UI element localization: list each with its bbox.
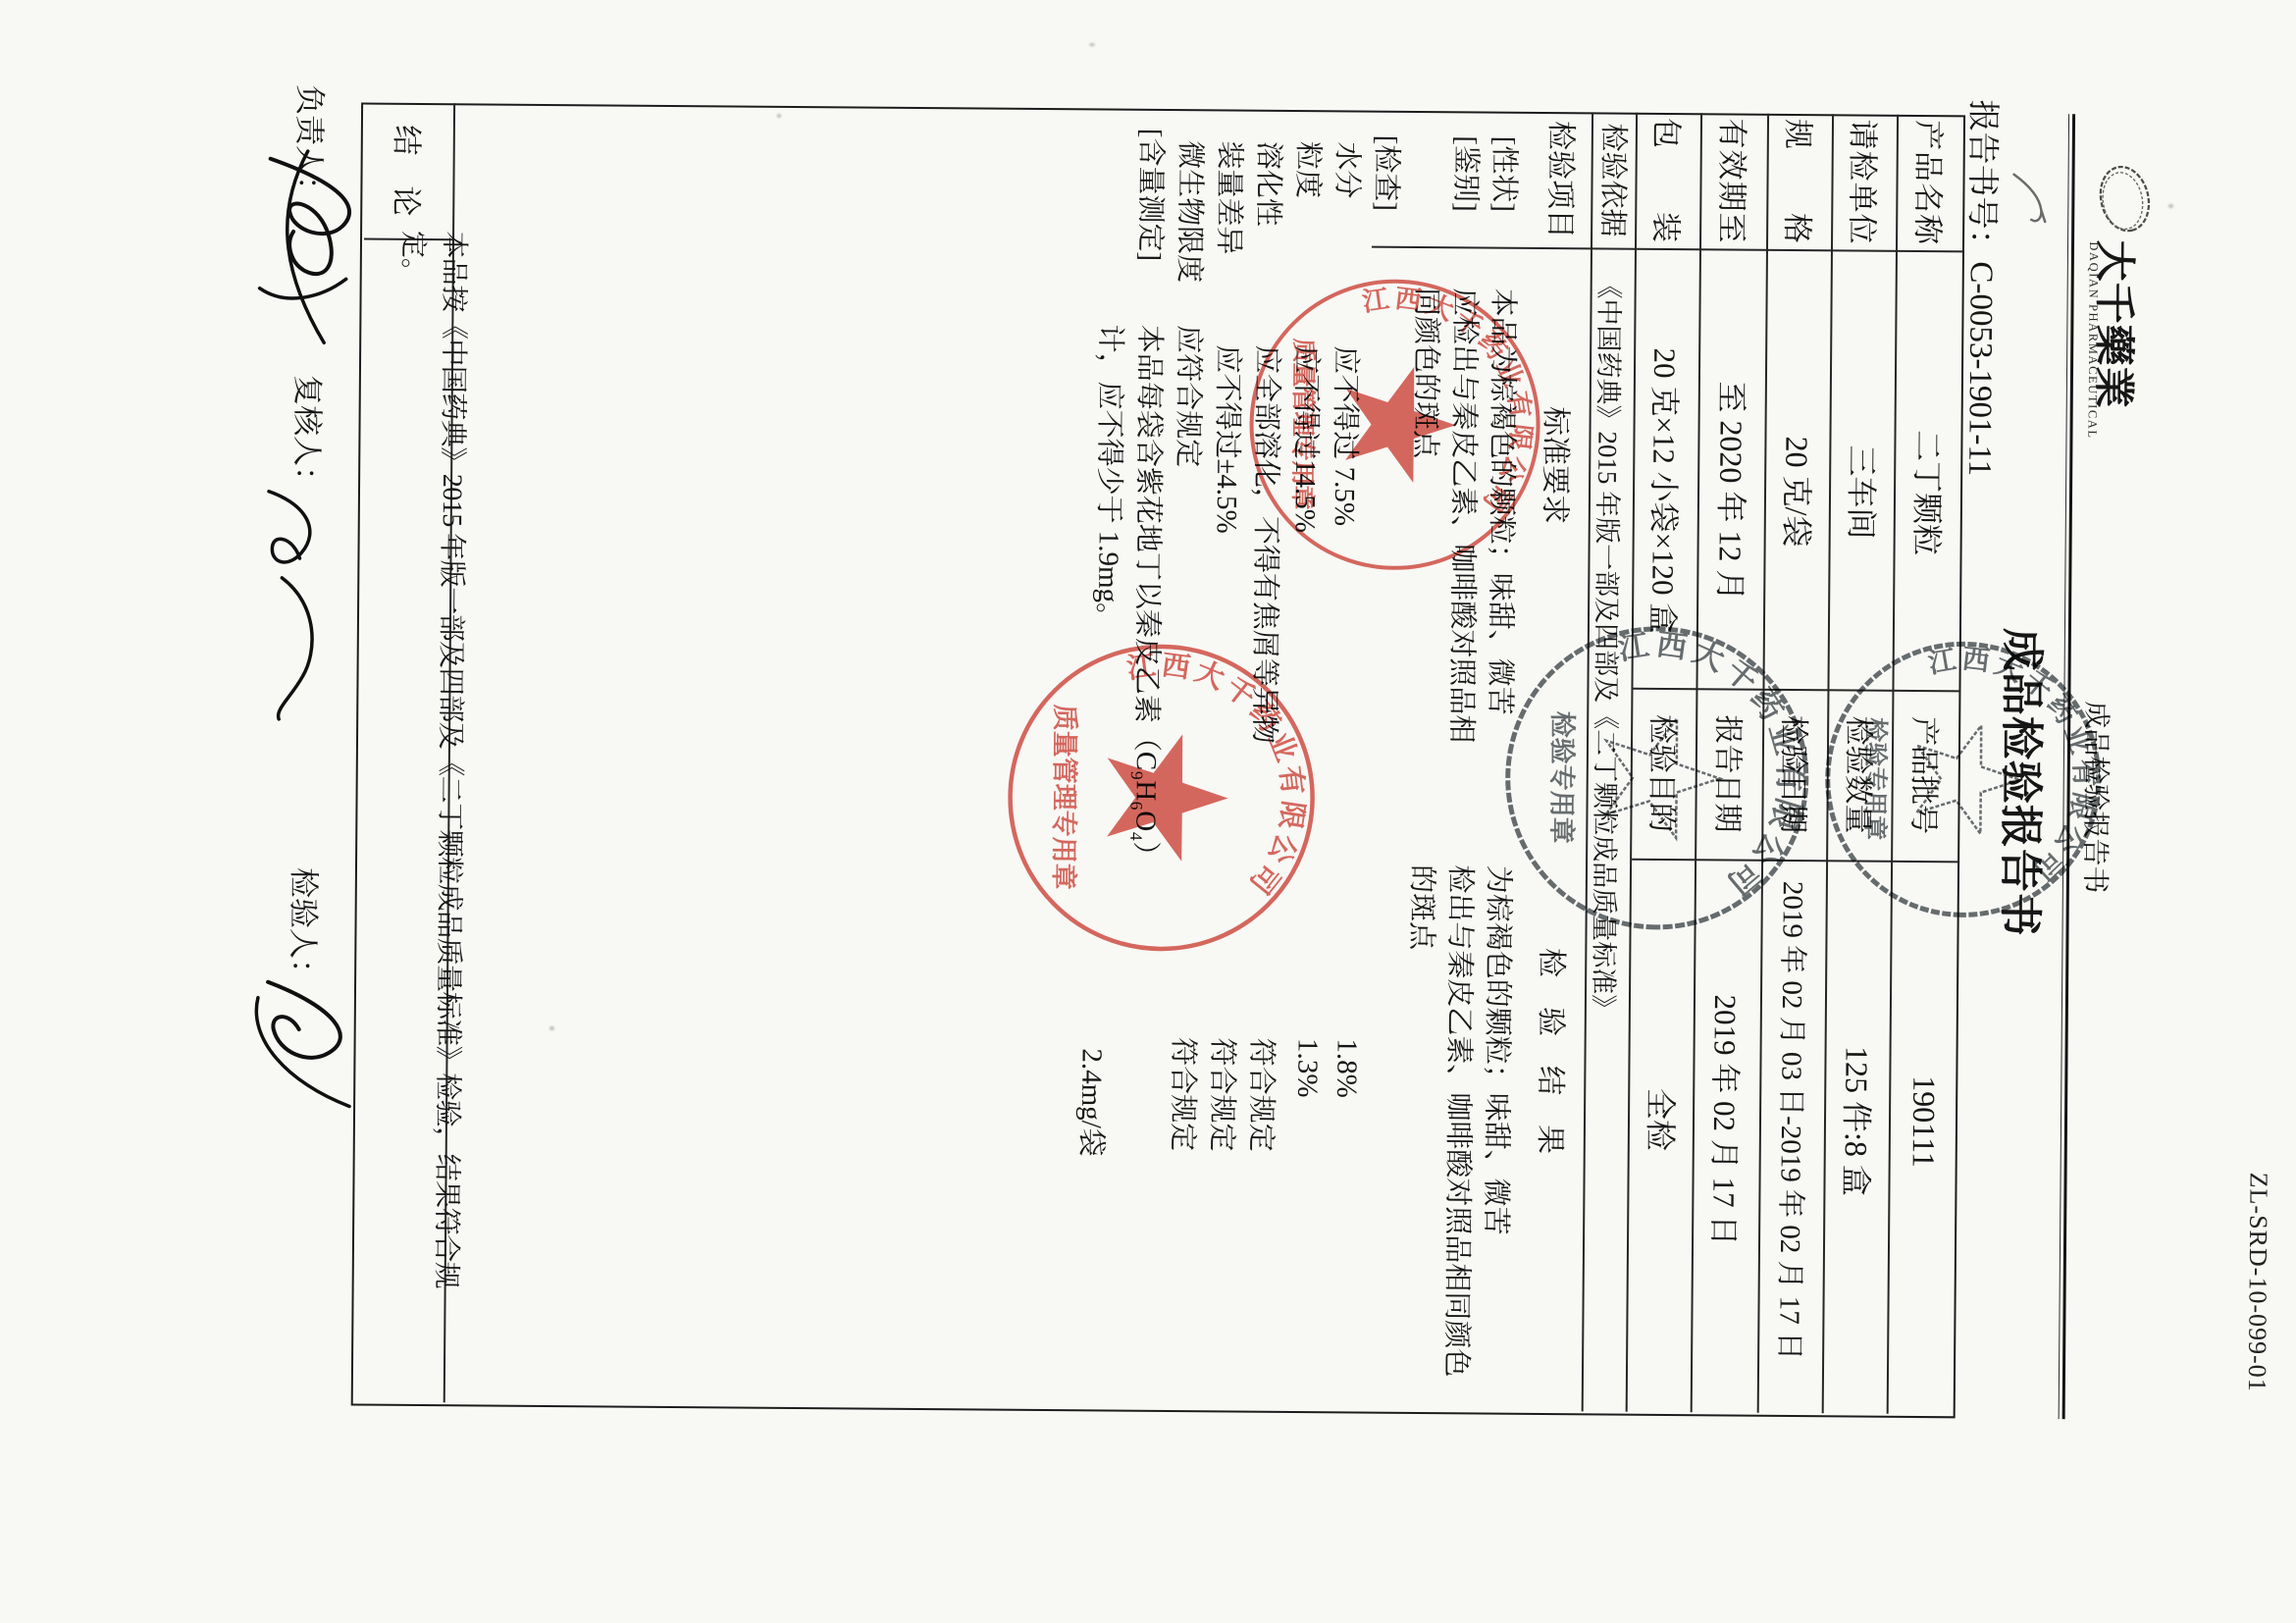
pen-squiggle xyxy=(2008,171,2047,230)
report-number-label: 报告书号： xyxy=(1963,99,2000,261)
item-label: 微生物限度 xyxy=(1172,140,1213,283)
conclusion-label: 结 论 xyxy=(379,103,441,238)
conclusion-text-line2: 定。 xyxy=(395,231,435,286)
item-label: 水分 xyxy=(1329,141,1369,198)
field-value: 全检 xyxy=(1628,864,1696,1376)
black-stamp-bottom-text: 检验专用章 xyxy=(1546,711,1578,844)
item-result: 1.8% xyxy=(1330,1038,1362,1098)
item-label: [含量测定] xyxy=(1132,129,1174,262)
field-label: 产品名称 xyxy=(1898,115,1965,251)
company-brand-en: DAQIAN PHARMACEUTICAL xyxy=(2084,241,2101,439)
red-stamp-bottom-text: 质量管理专用章 xyxy=(1049,705,1080,890)
black-inspection-stamp: 江西大千药业有限公司 检验专用章 xyxy=(1499,620,1816,937)
black-stamp-bottom-text: 检验专用章 xyxy=(1860,717,1890,840)
field-value: 2019 年 02 月 03 日-2019 年 02 月 17 日 xyxy=(1759,865,1828,1377)
item-label: 装量差异 xyxy=(1211,140,1252,254)
svg-text:江西大千药业有限公司: 江西大千药业有限公司 xyxy=(1924,643,2102,889)
item-result: 符合规定 xyxy=(1165,1037,1206,1151)
item-standard-cont: 计，应不得少于 1.9mg。 xyxy=(1090,324,1132,631)
document: ZL-SRD-10-099-01 大千藥業 DAQIAN PHARMACEUTI… xyxy=(0,0,2296,1623)
signature-reviewer xyxy=(249,480,330,726)
field-label: 有效期至 xyxy=(1701,113,1769,249)
field-value: 190111 xyxy=(1889,866,1959,1378)
signature-responsible xyxy=(237,141,377,353)
conclusion-text-line1: 本品按《中国药典》2015 年版一部及四部及《二丁颗粒成品质量标准》检验，结果符… xyxy=(429,231,476,1288)
field-label: 包 装 xyxy=(1637,113,1702,249)
red-stamp-bottom-text: 质量管理专用章 xyxy=(1288,338,1318,509)
report-number-value: C-0053-1901-11 xyxy=(1961,261,1999,476)
svg-text:江西大千药业有限公司: 江西大千药业有限公司 xyxy=(1614,627,1807,905)
red-company-stamp: 江西大千药业有限公司 质量管理专用章 xyxy=(1003,640,1320,957)
item-standard: 应符合规定 xyxy=(1170,325,1211,467)
black-stamp-ring-text: 江西大千药业有限公司 xyxy=(1614,627,1807,905)
report-number: 报告书号：C-0053-1901-11 xyxy=(1959,99,2009,476)
field-label: 规 格 xyxy=(1768,114,1834,250)
field-value: 125 件:8 盒 xyxy=(1824,865,1893,1377)
item-result: 符合规定 xyxy=(1204,1037,1245,1151)
field-label: 请检单位 xyxy=(1833,114,1899,250)
item-label: [性状] xyxy=(1486,136,1527,213)
item-result-cont: 的斑点 xyxy=(1403,864,1444,950)
item-result: 1.3% xyxy=(1290,1038,1323,1098)
scanned-report-page: ZL-SRD-10-099-01 大千藥業 DAQIAN PHARMACEUTI… xyxy=(0,0,2296,1623)
item-result: 检出与秦皮乙素、咖啡酸对照品相同颜色 xyxy=(1438,864,1483,1377)
reviewer-label: 复核人： xyxy=(287,375,333,497)
item-standard: 应不得过±4.5% xyxy=(1209,344,1251,534)
column-header-result: 检 验 结 果 xyxy=(1532,948,1577,1154)
red-company-stamp: 江西大千药业有限公司 质量管理专用章 xyxy=(1244,275,1544,575)
black-inspection-stamp: 江西大千药业有限公司 检验专用章 xyxy=(1820,636,2107,922)
item-result: 符合规定 xyxy=(1243,1038,1284,1152)
standard-code: ZL-SRD-10-099-01 xyxy=(2242,1173,2273,1392)
item-result: 2.4mg/袋 xyxy=(1073,1048,1115,1157)
column-header-item: 检验项目 xyxy=(1536,112,1592,247)
black-stamp-ring-text: 江西大千药业有限公司 xyxy=(1924,643,2102,889)
item-label: 溶化性 xyxy=(1250,141,1291,227)
company-logo-icon xyxy=(2094,161,2154,236)
field-label: 检验依据 xyxy=(1592,112,1638,247)
item-label: 粒度 xyxy=(1289,141,1330,198)
item-label: [检查] xyxy=(1368,135,1409,212)
field-value: 2019 年 02 月 17 日 xyxy=(1693,864,1763,1376)
item-label: [鉴别] xyxy=(1447,135,1488,212)
signature-inspector xyxy=(241,961,370,1128)
